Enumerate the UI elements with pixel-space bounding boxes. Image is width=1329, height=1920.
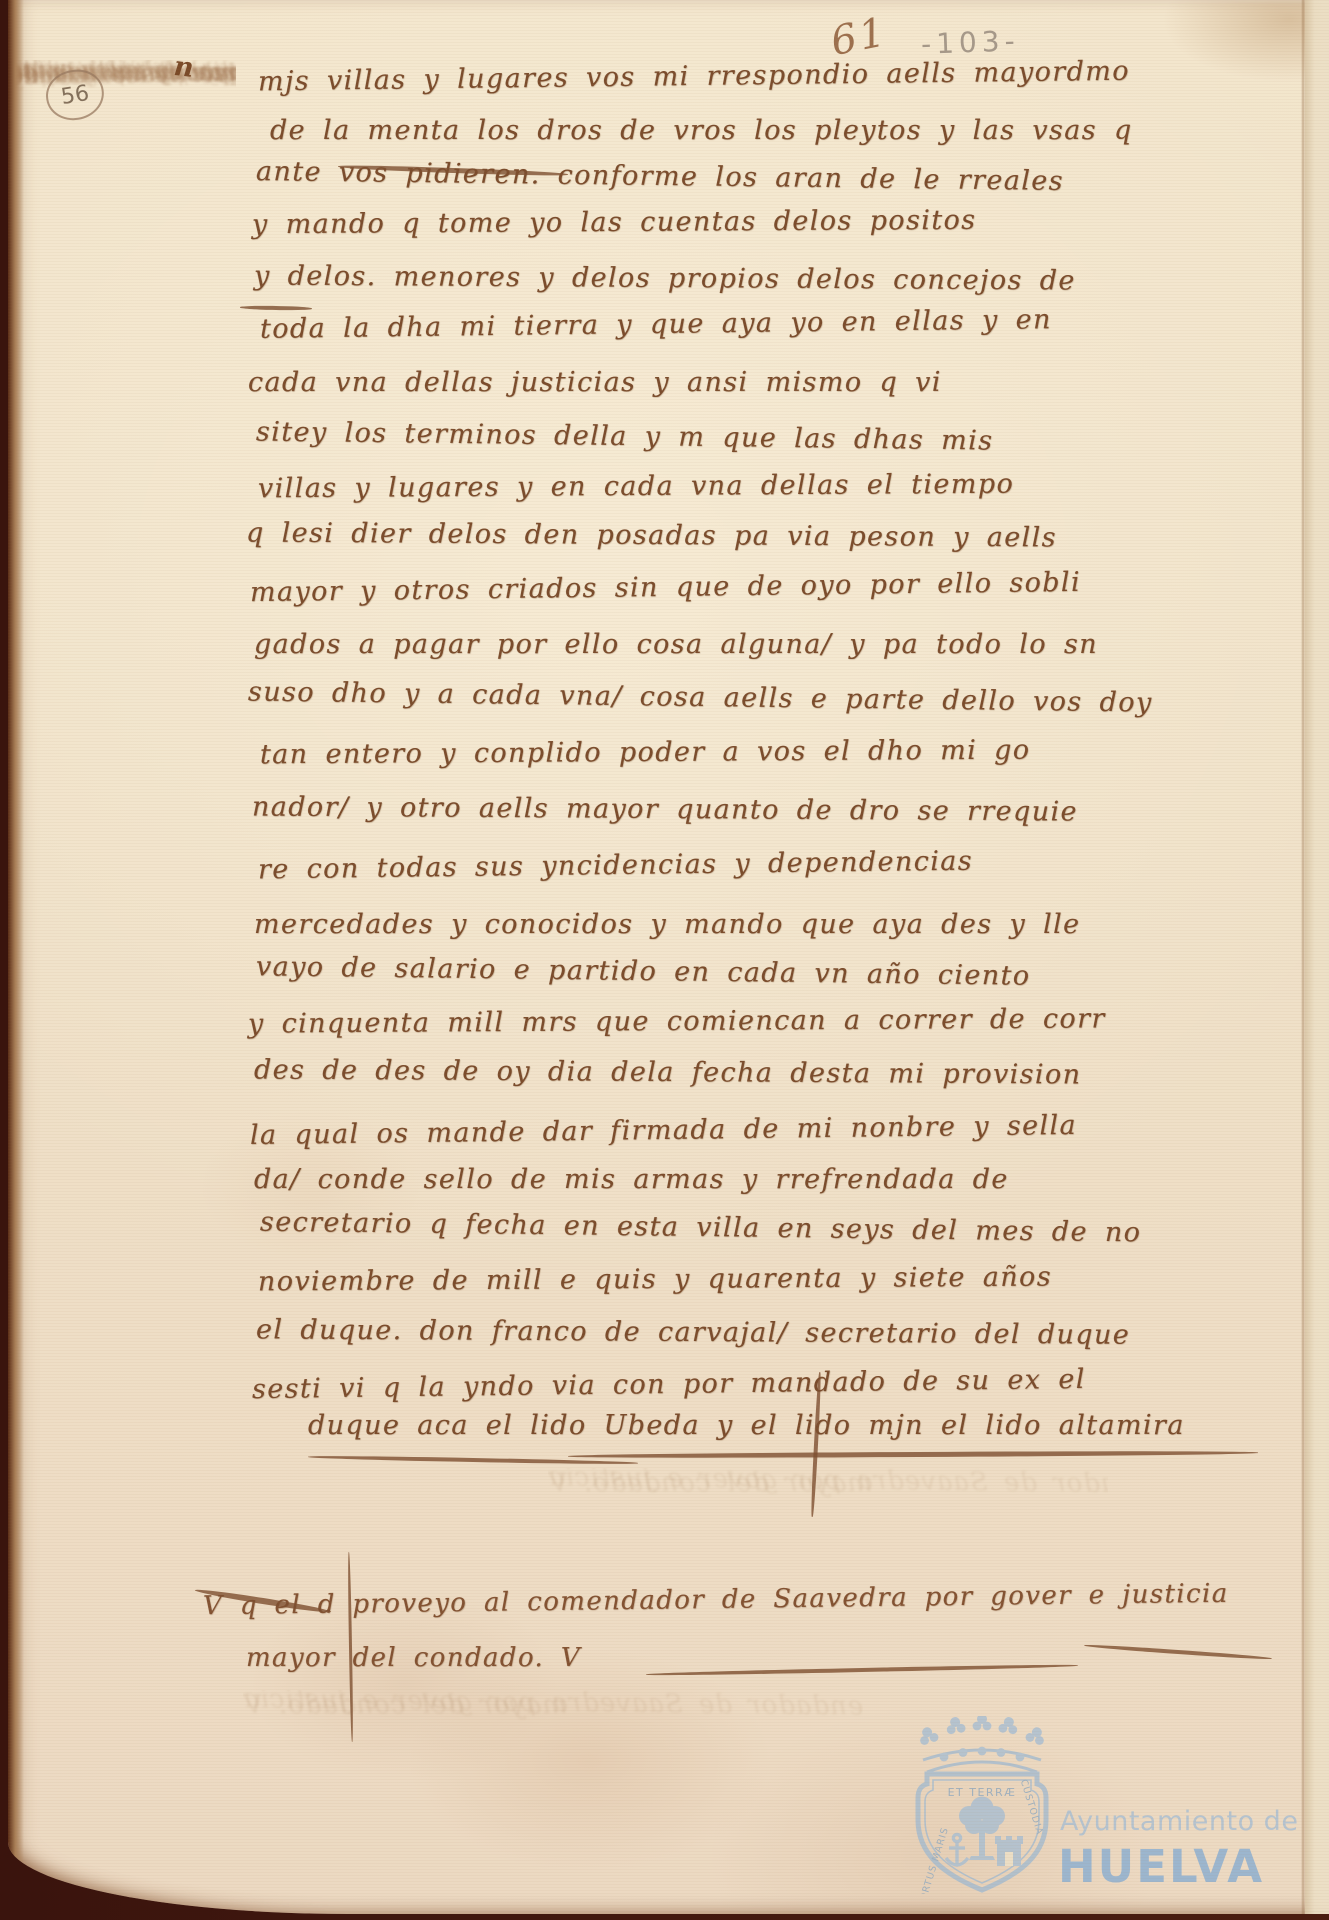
manuscript-line: da/ conde sello de mis armas y rrefrenda… (254, 1165, 1009, 1195)
manuscript-line: toda la dha mi tierra y que aya yo en el… (260, 305, 1052, 345)
manuscript-line: nador/ y otro aells mayor quanto de dro … (252, 792, 1078, 827)
manuscript-line: mjs villas y lugares vos mi rrespondio a… (258, 57, 1130, 98)
bleed-through-margin: mjs villas y lugares vos mi rrespondio a… (8, 60, 236, 1860)
manuscript-line: q lesi dier delos den posadas pa via pes… (246, 519, 1057, 554)
manuscript-line: duque aca el lido Ubeda y el lido mjn el… (308, 1411, 1185, 1441)
bleed-through-text: gados a pagar por ello cosa alguna/ y pa… (8, 60, 236, 86)
manuscript-line: mercedades y conocidos y mando que aya d… (254, 910, 1081, 940)
bleed-through-text: secretario q fecha en esta villa en seys… (8, 60, 236, 91)
manuscript-line: y mando q tome yo las cuentas delos posi… (252, 206, 977, 240)
bleed-through-text: mayor del condado. V (548, 1468, 872, 1498)
manuscript-line: villas y lugares y en cada vna dellas el… (258, 470, 1014, 505)
bleed-through-text: suso dho y a cada vna/ cosa aells e part… (8, 60, 236, 91)
scanned-manuscript-page: mjs villas y lugares vos mi rrespondio a… (0, 0, 1329, 1920)
manuscript-line: la qual os mande dar firmada de mi nonbr… (250, 1111, 1077, 1151)
shield-motto-top: ET TERRÆ (948, 1786, 1017, 1799)
bleed-through-text: tan entero y conplido poder a vos el dho… (8, 60, 236, 88)
bleed-through-text: q lesi dier delos den posadas pa via pes… (8, 60, 236, 88)
bleed-through-text: des de des de oy dia dela fecha desta mi… (8, 60, 236, 88)
manuscript-line: noviembre de mill e quis y quarenta y si… (258, 1263, 1052, 1298)
manuscript-line: suso dho y a cada vna/ cosa aells e part… (248, 677, 1153, 718)
bleed-through-text: sesti vi q la yndo via con por mandado d… (8, 60, 236, 90)
manuscript-line: des de des de oy dia dela fecha desta mi… (254, 1055, 1082, 1090)
bleed-through-text: sitey los terminos della y m que las dha… (8, 60, 236, 90)
manuscript-line: de la menta los dros de vros los pleytos… (270, 116, 1133, 146)
bleed-through-text: nador/ y otro aells mayor quanto de dro … (8, 60, 236, 88)
manuscript-line: sitey los terminos della y m que las dha… (256, 417, 994, 456)
bleed-through-text: y mando q tome yo las cuentas delos posi… (8, 60, 236, 88)
bleed-through-text: duque aca el lido Ubeda y el lido mjn el… (8, 60, 236, 86)
bleed-through-text: la qual os mande dar firmada de mi nonbr… (8, 60, 236, 90)
bleed-through-text: cada vna dellas justicias y ansi mismo q… (8, 60, 236, 86)
bleed-through-bottom: V q el d proveyo al comendador de Saaved… (243, 1690, 863, 1890)
watermark-city-name: HUELVA (1058, 1840, 1264, 1893)
bleed-through-text: villas y lugares y en cada vna dellas el… (8, 60, 236, 88)
postscript-line: mayor del condado. V (246, 1643, 581, 1673)
page-number-pencil: -103- (920, 24, 1020, 60)
paper: mjs villas y lugares vos mi rrespondio a… (8, 0, 1329, 1914)
bleed-through-text: toda la dha mi tierra y que aya yo en el… (8, 60, 236, 90)
crown-icon (917, 1716, 1048, 1746)
bleed-through-text: mayor y otros criados sin que de oyo por… (8, 60, 236, 90)
postscript-line: V q el d proveyo al comendador de Saaved… (203, 1579, 1229, 1622)
underlying-page-edge (1305, 0, 1329, 1914)
bleed-through-text: y delos. menores y delos propios delos c… (8, 60, 236, 88)
ink-flourish-dash (240, 305, 312, 310)
folio-number-ink: 61 (827, 9, 892, 65)
manuscript-line: el duque. don franco de carvajal/ secret… (256, 1315, 1130, 1350)
bleed-through-text: noviembre de mill e quis y quarenta y si… (8, 60, 236, 88)
bleed-through-text: re con todas sus yncidencias y dependenc… (8, 60, 236, 90)
archive-number-circled: 56 (42, 66, 107, 124)
bleed-through-text: V q el d proveyo al comendador de Saaved… (548, 1468, 1108, 1504)
ink-rule-end-of-text-right (568, 1450, 1258, 1459)
binding-edge (8, 0, 24, 1914)
manuscript-line: re con todas sus yncidencias y dependenc… (258, 847, 973, 886)
margin-ink-mark: n (172, 51, 195, 84)
bleed-through-text: el duque. don franco de carvajal/ secret… (8, 60, 236, 88)
bleed-through-text: mayor del condado. V (243, 1690, 567, 1720)
manuscript-line: cada vna dellas justicias y ansi mismo q… (248, 368, 942, 398)
manuscript-line: ante vos pidieren. conforme los aran de … (256, 157, 1064, 197)
anchor-icon (946, 1834, 968, 1866)
manuscript-line: y delos. menores y delos propios delos c… (254, 261, 1076, 296)
bleed-through-text: ante vos pidieren. conforme los aran de … (8, 60, 236, 90)
manuscript-line: gados a pagar por ello cosa alguna/ y pa… (254, 630, 1098, 660)
manuscript-line: secretario q fecha en esta villa en seys… (260, 1208, 1142, 1249)
bleed-through-text: mercedades y conocidos y mando que aya d… (8, 60, 236, 86)
watermark-org-name: Ayuntamiento de (1060, 1806, 1298, 1837)
manuscript-line: sesti vi q la yndo via con por mandado d… (252, 1365, 1086, 1405)
manuscript-line: vayo de salario e partido en cada vn año… (256, 952, 1031, 991)
manuscript-line: tan entero y conplido poder a vos el dho… (260, 736, 1031, 771)
ink-rule-postscript-right (1084, 1643, 1272, 1660)
page-seam (1301, 0, 1305, 1914)
ink-rule-end-of-text-left (308, 1455, 638, 1465)
bleed-through-text: de la menta los dros de vros los pleytos… (8, 60, 236, 86)
bleed-through-text: mjs villas y lugares vos mi rrespondio a… (8, 60, 236, 90)
huelva-coat-of-arms: ET TERRÆ PORTUS MARIS CUSTODIA (911, 1716, 1053, 1894)
bleed-through-text: y cinquenta mill mrs que comiencan a cor… (8, 60, 236, 88)
bleed-through-text: V q el d proveyo al comendador de Saaved… (243, 1690, 863, 1726)
bleed-through-text: da/ conde sello de mis armas y rrefrenda… (8, 60, 236, 86)
bleed-through-text: vayo de salario e partido en cada vn año… (8, 60, 236, 90)
bleed-through-gap: V q el d proveyo al comendador de Saaved… (548, 1468, 1108, 1578)
archive-number-label: 56 (59, 80, 91, 109)
manuscript-line: y cinquenta mill mrs que comiencan a cor… (248, 1004, 1106, 1039)
ink-rule-postscript-left (646, 1663, 1078, 1676)
tower-icon (995, 1836, 1023, 1866)
manuscript-line: mayor y otros criados sin que de oyo por… (250, 568, 1081, 608)
